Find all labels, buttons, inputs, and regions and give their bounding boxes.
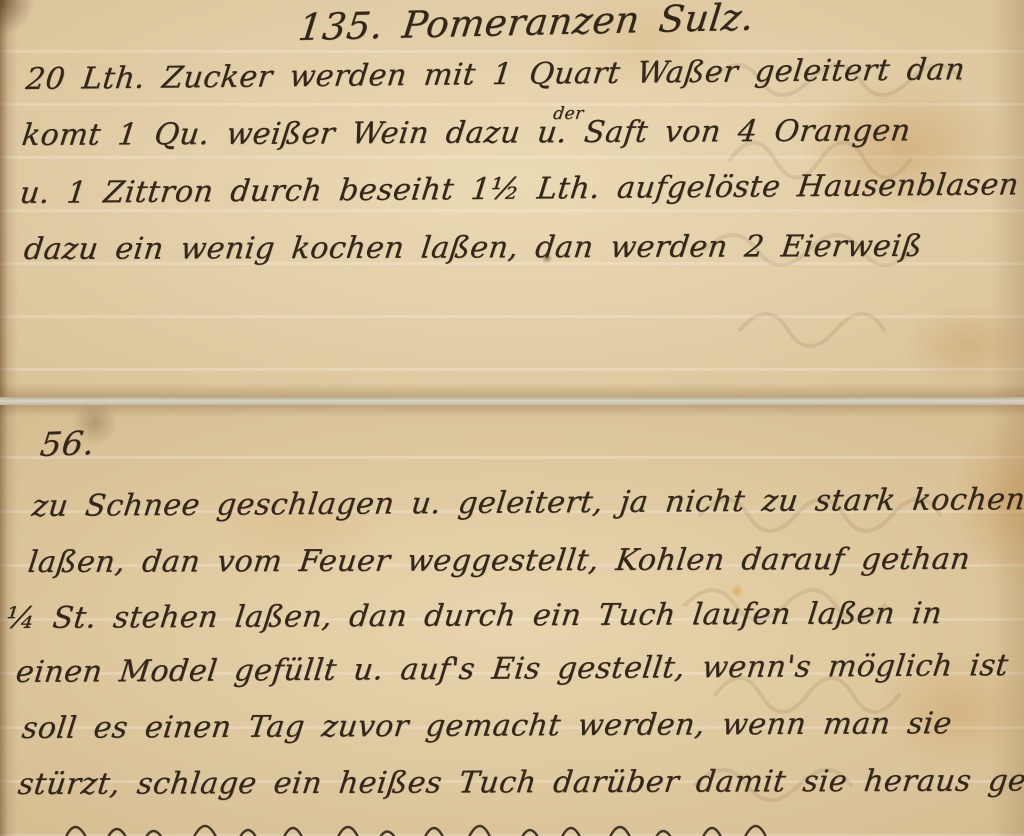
manuscript-fragment-top: 135. Pomeranzen Sulz. 20 Lth. Zucker wer… bbox=[0, 0, 1024, 397]
partial-line-cut-off bbox=[60, 817, 820, 836]
scan-gap bbox=[0, 397, 1024, 405]
ink-bleed-through bbox=[680, 465, 1020, 815]
ink-bleed-through bbox=[700, 40, 1020, 370]
manuscript-fragment-bottom: 56. zu Schnee geschlagen u. geleitert, j… bbox=[0, 405, 1024, 836]
manuscript-scan: 135. Pomeranzen Sulz. 20 Lth. Zucker wer… bbox=[0, 0, 1024, 836]
page-number: 56. bbox=[38, 423, 97, 464]
recipe-heading: 135. Pomeranzen Sulz. bbox=[296, 0, 757, 49]
interlinear-insertion: der bbox=[552, 104, 585, 124]
